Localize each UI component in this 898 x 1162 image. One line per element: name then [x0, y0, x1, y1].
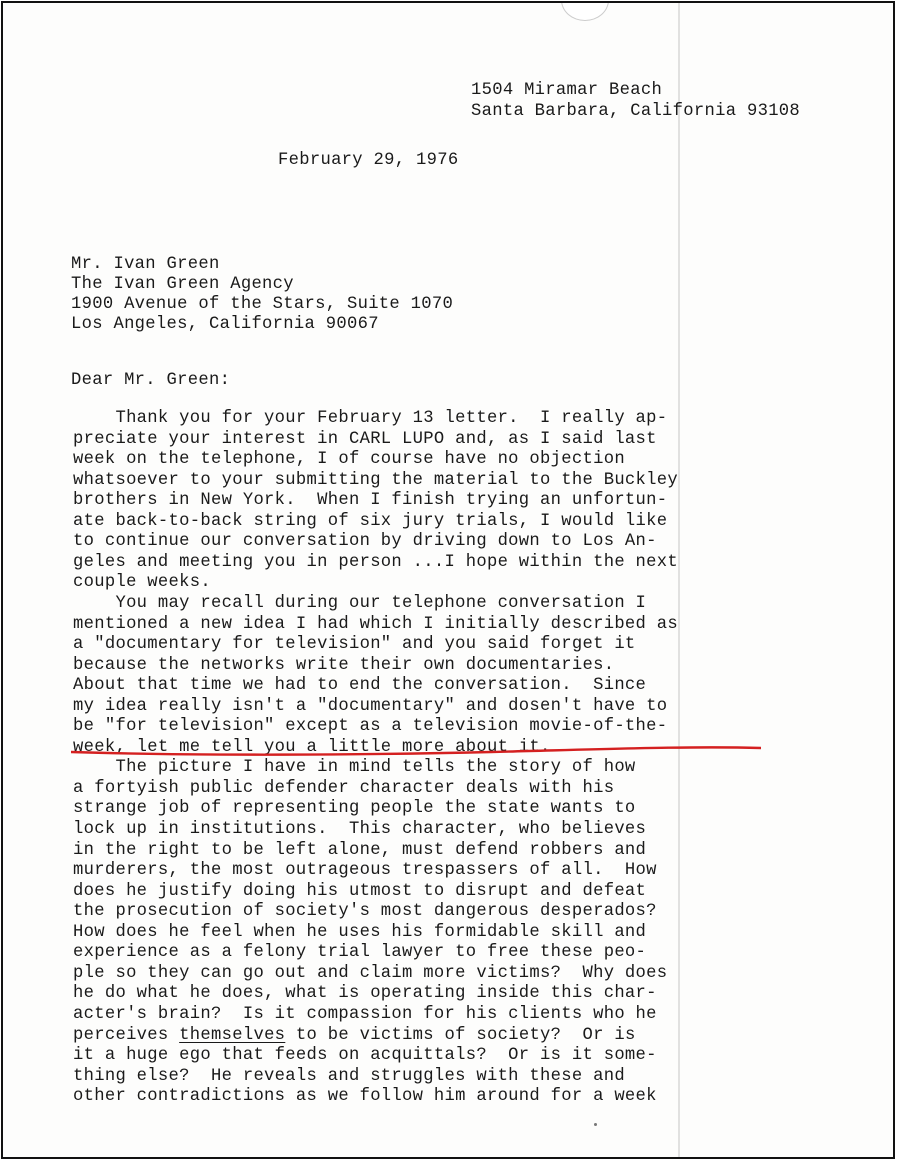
recipient-name: Mr. Ivan Green [71, 255, 220, 275]
body-line: a "documentary for television" and you s… [73, 635, 636, 655]
body-line: You may recall during our telephone conv… [73, 594, 646, 614]
body-line: Thank you for your February 13 letter. I… [73, 409, 667, 429]
body-line: because the networks write their own doc… [73, 656, 614, 676]
letter-page: 1504 Miramar Beach Santa Barbara, Califo… [1, 1, 895, 1159]
body-line: whatsoever to your submitting the materi… [73, 471, 678, 491]
body-line: it a huge ego that feeds on acquittals? … [73, 1046, 657, 1066]
body-line: in the right to be left alone, must defe… [73, 841, 646, 861]
body-line: to continue our conversation by driving … [73, 532, 657, 552]
body-line: preciate your interest in CARL LUPO and,… [73, 430, 657, 450]
body-line: The picture I have in mind tells the sto… [73, 758, 636, 778]
body-line: perceives themselves to be victims of so… [73, 1026, 636, 1046]
body-line: does he justify doing his utmost to disr… [73, 882, 646, 902]
body-line: About that time we had to end the conver… [73, 676, 646, 696]
body-line: strange job of representing people the s… [73, 799, 636, 819]
body-line: be "for television" except as a televisi… [73, 717, 667, 737]
sender-address-line-1: 1504 Miramar Beach [471, 81, 662, 101]
body-line: How does he feel when he uses his formid… [73, 923, 646, 943]
body-line: thing else? He reveals and struggles wit… [73, 1067, 625, 1087]
page-mark [594, 1123, 597, 1126]
recipient-street: 1900 Avenue of the Stars, Suite 1070 [71, 295, 453, 315]
letter-date: February 29, 1976 [278, 151, 458, 171]
body-line: week on the telephone, I of course have … [73, 450, 625, 470]
punch-hole [561, 1, 609, 21]
body-line: he do what he does, what is operating in… [73, 984, 657, 1004]
underlined-word: themselves [179, 1026, 285, 1045]
body-line: my idea really isn't a "documentary" and… [73, 697, 667, 717]
body-line: the prosecution of society's most danger… [73, 902, 657, 922]
body-line: geles and meeting you in person ...I hop… [73, 553, 678, 573]
body-line: couple weeks. [73, 573, 211, 593]
recipient-company: The Ivan Green Agency [71, 275, 294, 295]
red-pen-underline [71, 743, 761, 757]
body-line: mentioned a new idea I had which I initi… [73, 615, 678, 635]
body-line: acter's brain? Is it compassion for his … [73, 1005, 657, 1025]
body-line: ate back-to-back string of six jury tria… [73, 512, 667, 532]
body-line: other contradictions as we follow him ar… [73, 1087, 657, 1107]
recipient-city: Los Angeles, California 90067 [71, 315, 379, 335]
body-line: brothers in New York. When I finish tryi… [73, 491, 667, 511]
salutation: Dear Mr. Green: [71, 371, 230, 391]
body-line: experience as a felony trial lawyer to f… [73, 943, 646, 963]
body-line: lock up in institutions. This character,… [73, 820, 646, 840]
body-line: ple so they can go out and claim more vi… [73, 964, 667, 984]
body-line: murderers, the most outrageous trespasse… [73, 861, 657, 881]
body-line: a fortyish public defender character dea… [73, 779, 614, 799]
paper-fold-line [678, 3, 680, 1159]
sender-address-line-2: Santa Barbara, California 93108 [471, 102, 800, 122]
